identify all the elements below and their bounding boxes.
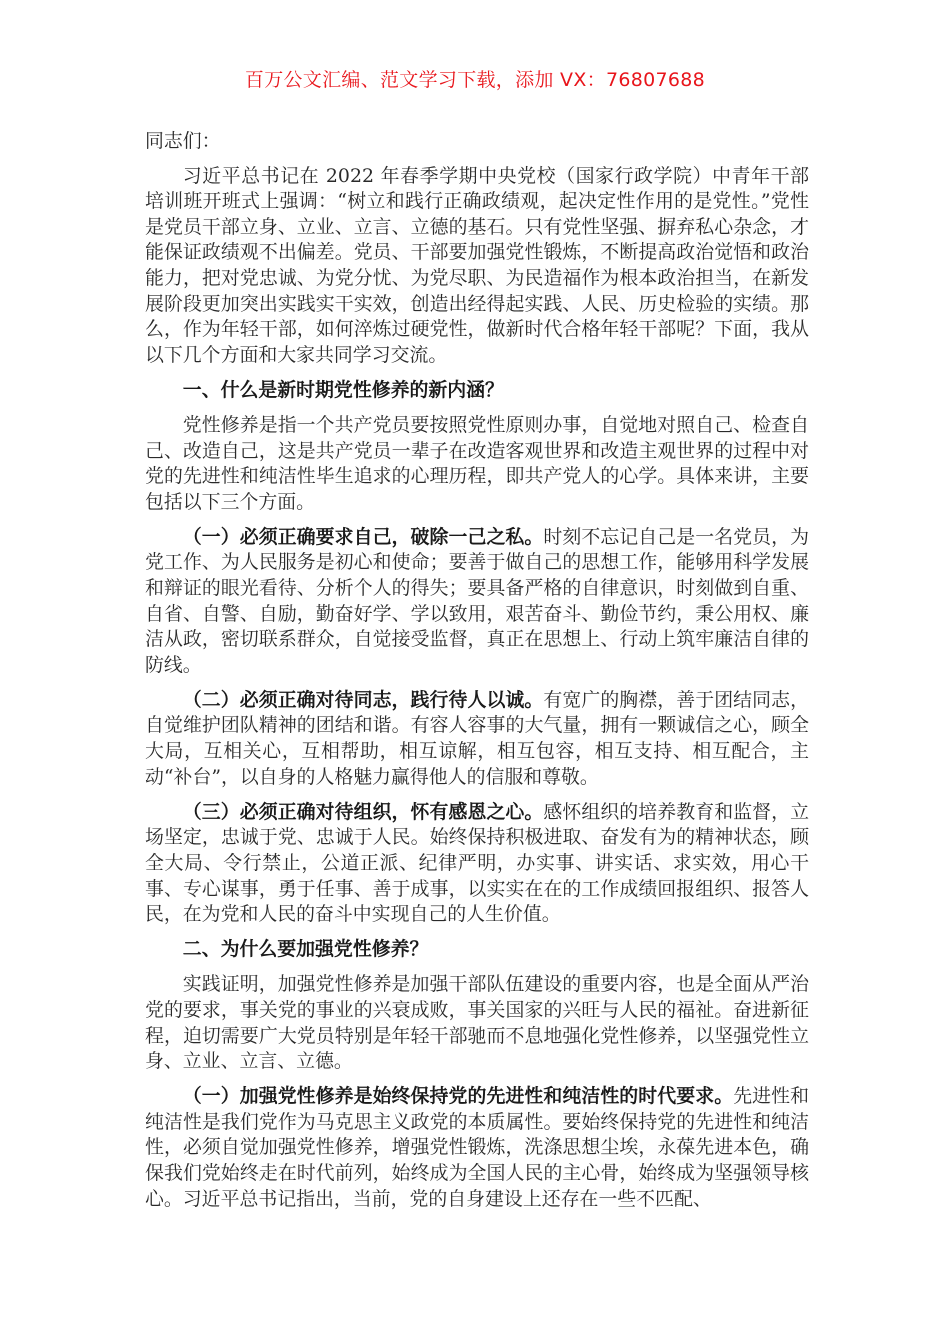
section-1-paragraph-4: （三）必须正确对待组织，怀有感恩之心。感怀组织的培养教育和监督，立场坚定，忠诚于…	[145, 800, 809, 928]
intro-paragraph: 习近平总书记在 2022 年春季学期中央党校（国家行政学院）中青年干部培训班开班…	[145, 164, 809, 369]
section-1-paragraph-2: （一）必须正确要求自己，破除一己之私。时刻不忘记自己是一名党员，为党工作、为人民…	[145, 525, 809, 679]
paragraph-lead: （一）必须正确要求自己，破除一己之私。	[183, 526, 544, 548]
section-2-paragraph-1: 实践证明，加强党性修养是加强干部队伍建设的重要内容，也是全面从严治党的要求，事关…	[145, 972, 809, 1074]
paragraph-text: 党性修养是指一个共产党员要按照党性原则办事，自觉地对照自己、检查自己、改造自己，…	[145, 414, 809, 513]
paragraph-lead: （一）加强党性修养是始终保持党的先进性和纯洁性的时代要求。	[183, 1085, 733, 1107]
salutation: 同志们：	[145, 129, 809, 155]
paragraph-lead: （三）必须正确对待组织，怀有感恩之心。	[183, 801, 544, 823]
section-1-paragraph-3: （二）必须正确对待同志，践行待人以诚。有宽广的胸襟，善于团结同志，自觉维护团队精…	[145, 688, 809, 790]
section-1-paragraph-1: 党性修养是指一个共产党员要按照党性原则办事，自觉地对照自己、检查自己、改造自己，…	[145, 413, 809, 515]
paragraph-text: 实践证明，加强党性修养是加强干部队伍建设的重要内容，也是全面从严治党的要求，事关…	[145, 973, 809, 1072]
section-heading-1: 一、什么是新时期党性修养的新内涵？	[145, 378, 809, 404]
promo-banner: 百万公文汇编、范文学习下载，添加 VX：76807688	[0, 66, 950, 94]
section-2-paragraph-2: （一）加强党性修养是始终保持党的先进性和纯洁性的时代要求。先进性和纯洁性是我们党…	[145, 1084, 809, 1212]
document-body: 同志们： 习近平总书记在 2022 年春季学期中央党校（国家行政学院）中青年干部…	[145, 129, 809, 1222]
document-page: 百万公文汇编、范文学习下载，添加 VX：76807688 同志们： 习近平总书记…	[0, 0, 950, 1344]
paragraph-lead: （二）必须正确对待同志，践行待人以诚。	[183, 689, 544, 711]
paragraph-text: 时刻不忘记自己是一名党员，为党工作、为人民服务是初心和使命；要善于做自己的思想工…	[145, 526, 809, 676]
section-heading-2: 二、为什么要加强党性修养？	[145, 937, 809, 963]
